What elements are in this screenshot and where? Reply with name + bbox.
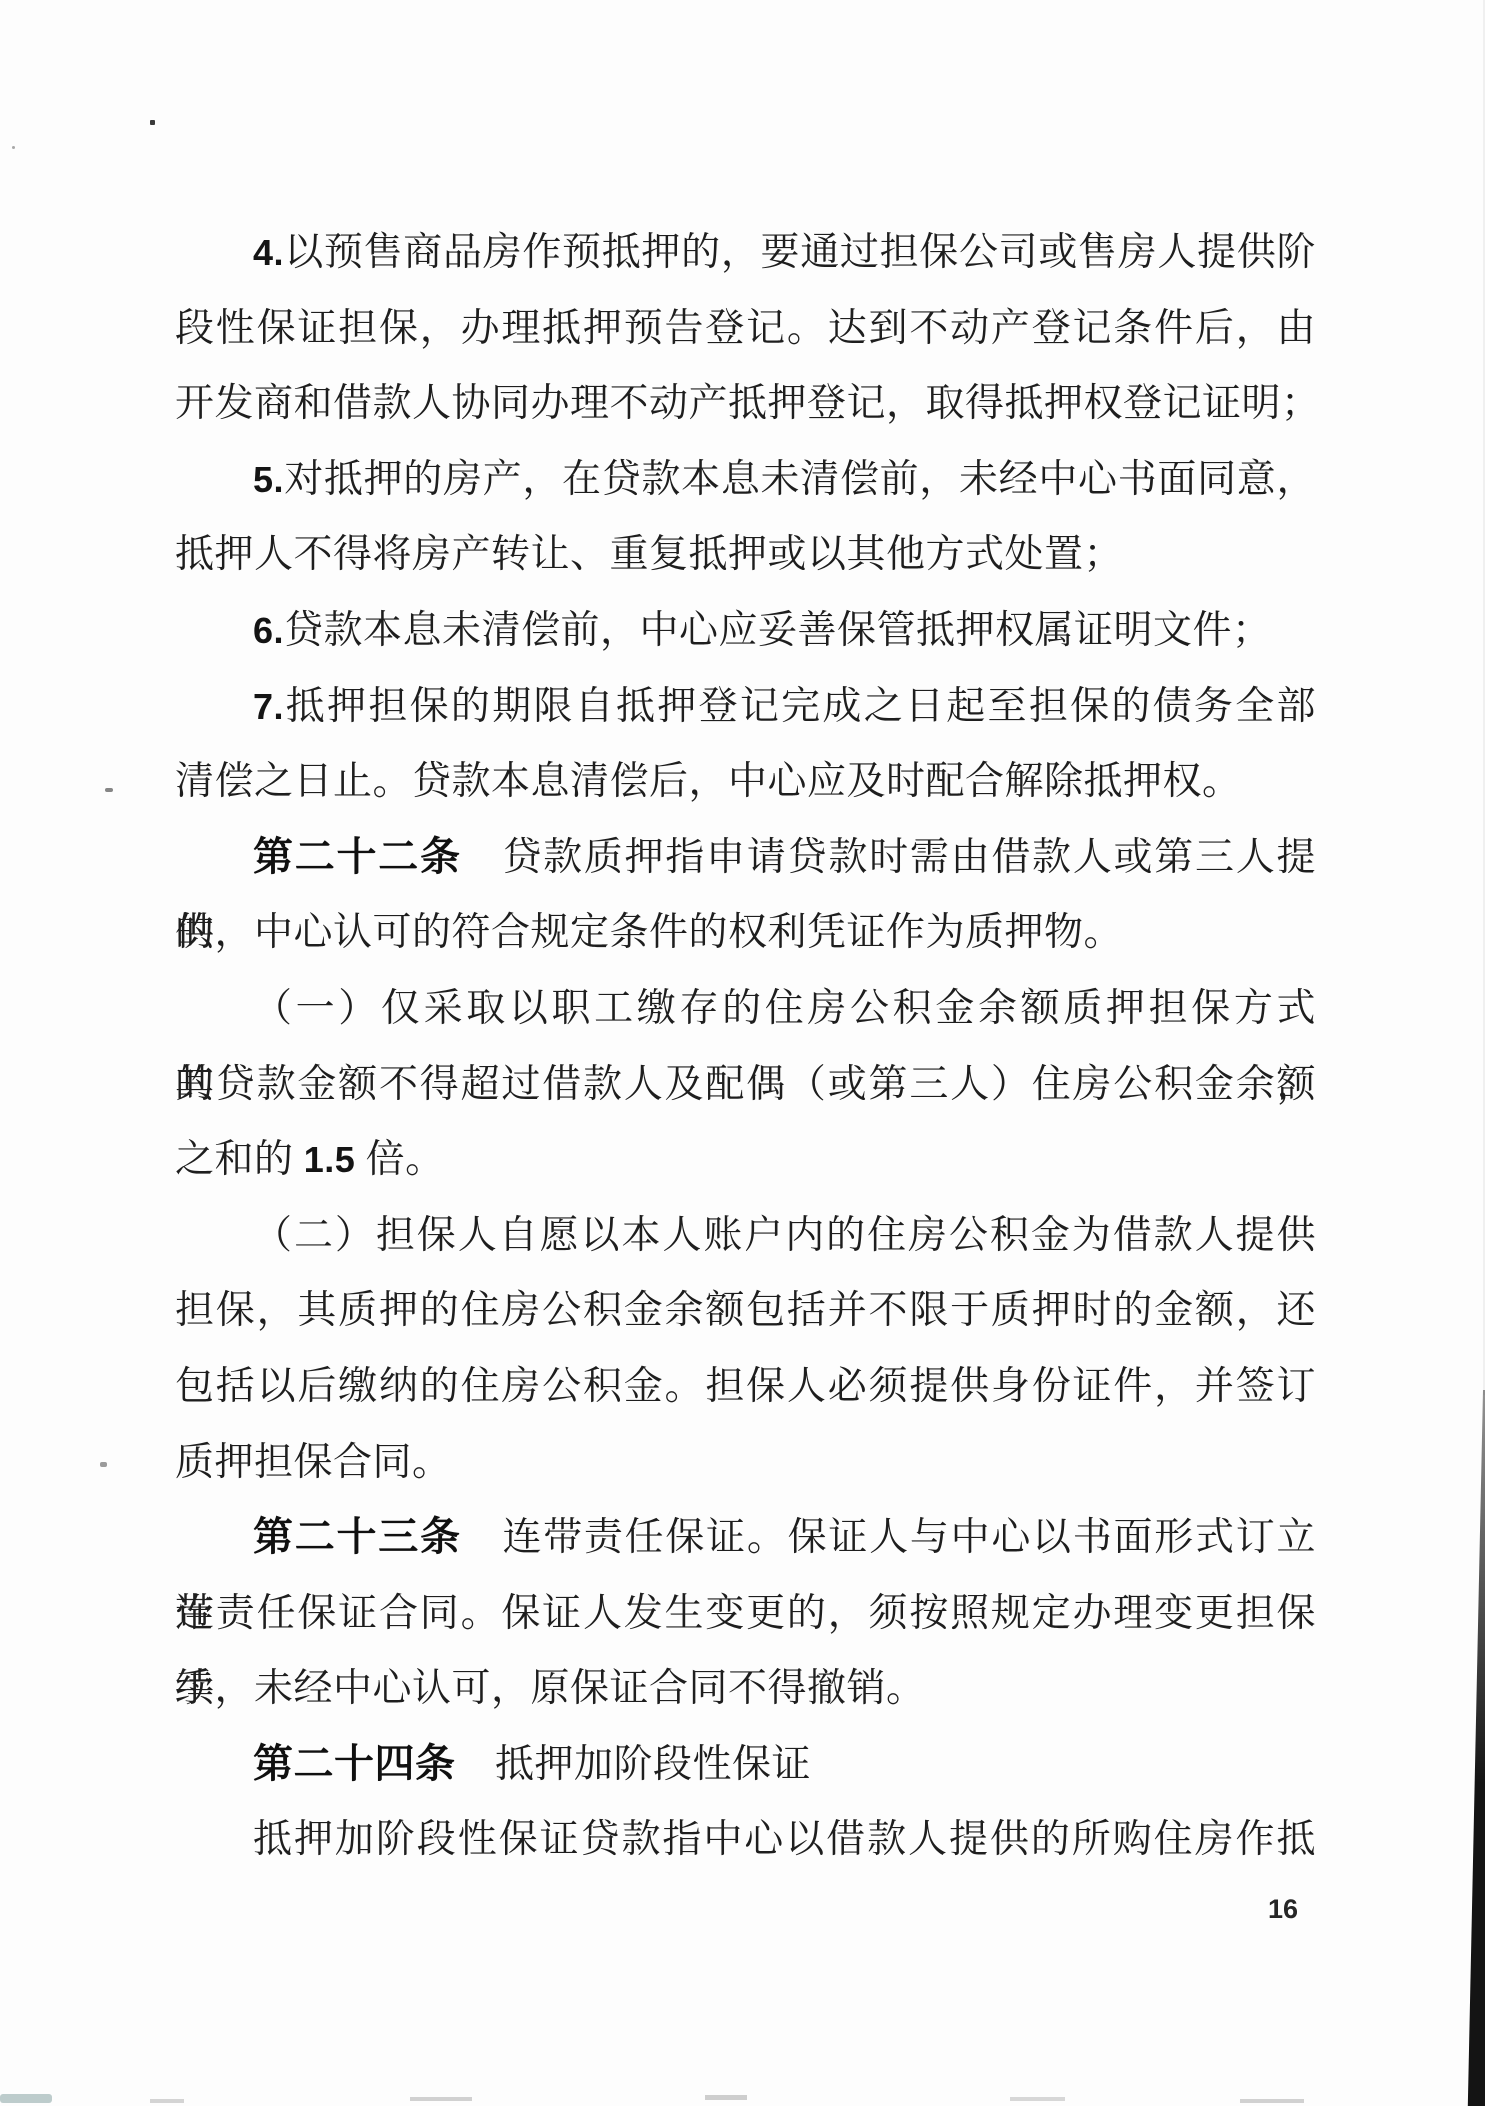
text-line: 包括以后缴纳的住房公积金。担保人必须提供身份证件，并签订 [175,1349,1316,1425]
document-body: 4.以预售商品房作预抵押的，要通过担保公司或售房人提供阶段性保证担保，办理抵押预… [175,215,1316,1878]
text-segment: 6. [253,610,284,651]
text-line: 开发商和借款人协同办理不动产抵押登记，取得抵押权登记证明； [175,366,1316,442]
text-line: 抵押人不得将房产转让、重复抵押或以其他方式处置； [175,517,1316,593]
text-line: 第二十三条 连带责任保证。保证人与中心以书面形式订立连 [175,1500,1316,1576]
text-segment: 质押担保合同。 [175,1441,452,1484]
text-line: 第二十四条 抵押加阶段性保证 [175,1727,1316,1803]
text-segment: 清偿之日止。贷款本息清偿后，中心应及时配合解除抵押权。 [175,760,1242,803]
text-line: 续，未经中心认可，原保证合同不得撤销。 [175,1651,1316,1727]
text-line: （一）仅采取以职工缴存的住房公积金余额质押担保方式的， [175,971,1316,1047]
text-line: 质押担保合同。 [175,1425,1316,1501]
text-line: （二）担保人自愿以本人账户内的住房公积金为借款人提供 [175,1198,1316,1274]
scan-bottom-noise [705,2095,747,2100]
scan-speck [100,1462,107,1467]
scan-bottom-noise [1240,2099,1304,2103]
scan-speck [150,120,155,125]
scan-speck [105,788,113,792]
scan-bottom-noise [410,2097,472,2101]
text-line: 带责任保证合同。保证人发生变更的，须按照规定办理变更担保手 [175,1576,1316,1652]
text-segment: 1.5 [304,1139,356,1180]
scan-edge-shadow [1465,1390,1485,2106]
text-segment: 以预售商品房作预抵押的，要通过担保公司或售房人提供阶 [284,231,1316,274]
scan-bottom-noise [150,2099,184,2103]
text-segment: 贷款本息未清偿前，中心应妥善保管抵押权属证明文件； [284,609,1272,652]
text-segment: 对抵押的房产，在贷款本息未清偿前，未经中心书面同意， [284,458,1316,501]
text-segment: 担保，其质押的住房公积金余额包括并不限于质押时的金额，还 [175,1289,1316,1332]
text-line: 之和的 1.5 倍。 [175,1122,1316,1198]
text-segment: 7. [253,686,284,727]
scan-bottom-smudge [0,2094,52,2103]
text-segment: 抵押加阶段性保证贷款指中心以借款人提供的所购住房作抵 [253,1818,1316,1861]
article-heading: 第二十三条 [253,1515,462,1559]
text-segment: 5. [253,459,284,500]
text-line: 抵押加阶段性保证贷款指中心以借款人提供的所购住房作抵 [175,1802,1316,1878]
text-segment: 续，未经中心认可，原保证合同不得撤销。 [175,1667,926,1710]
text-segment: 其贷款金额不得超过借款人及配偶（或第三人）住房公积金余额 [175,1063,1316,1106]
scanned-document-page: 4.以预售商品房作预抵押的，要通过担保公司或售房人提供阶段性保证担保，办理抵押预… [0,0,1485,2106]
text-line: 其贷款金额不得超过借款人及配偶（或第三人）住房公积金余额 [175,1047,1316,1123]
article-heading: 第二十四条 [253,1742,456,1786]
text-segment: 段性保证担保，办理抵押预告登记。达到不动产登记条件后，由 [175,307,1316,350]
text-line: 第二十二条 贷款质押指申请贷款时需由借款人或第三人提供 [175,820,1316,896]
text-line: 担保，其质押的住房公积金余额包括并不限于质押时的金额，还 [175,1273,1316,1349]
text-segment: 抵押加阶段性保证 [456,1743,812,1786]
scan-bottom-noise [1010,2097,1065,2101]
text-line: 4.以预售商品房作预抵押的，要通过担保公司或售房人提供阶 [175,215,1316,291]
article-heading: 第二十二条 [253,835,462,879]
text-segment: 4. [253,232,284,273]
text-segment: 倍。 [355,1138,444,1181]
page-number: 16 [1268,1894,1298,1925]
text-line: 5.对抵押的房产，在贷款本息未清偿前，未经中心书面同意， [175,442,1316,518]
scan-speck [12,146,15,149]
text-segment: 抵押担保的期限自抵押登记完成之日起至担保的债务全部 [284,685,1316,728]
text-line: 7.抵押担保的期限自抵押登记完成之日起至担保的债务全部 [175,669,1316,745]
text-segment: 包括以后缴纳的住房公积金。担保人必须提供身份证件，并签订 [175,1365,1316,1408]
text-line: 段性保证担保，办理抵押预告登记。达到不动产登记条件后，由 [175,291,1316,367]
text-segment: 之和的 [175,1138,304,1181]
text-segment: 开发商和借款人协同办理不动产抵押登记，取得抵押权登记证明； [175,382,1321,425]
text-segment: 抵押人不得将房产转让、重复抵押或以其他方式处置； [175,533,1123,576]
text-segment: （二）担保人自愿以本人账户内的住房公积金为借款人提供 [253,1214,1316,1257]
text-line: 清偿之日止。贷款本息清偿后，中心应及时配合解除抵押权。 [175,744,1316,820]
text-segment: 的，中心认可的符合规定条件的权利凭证作为质押物。 [175,911,1123,954]
text-line: 的，中心认可的符合规定条件的权利凭证作为质押物。 [175,895,1316,971]
text-line: 6.贷款本息未清偿前，中心应妥善保管抵押权属证明文件； [175,593,1316,669]
